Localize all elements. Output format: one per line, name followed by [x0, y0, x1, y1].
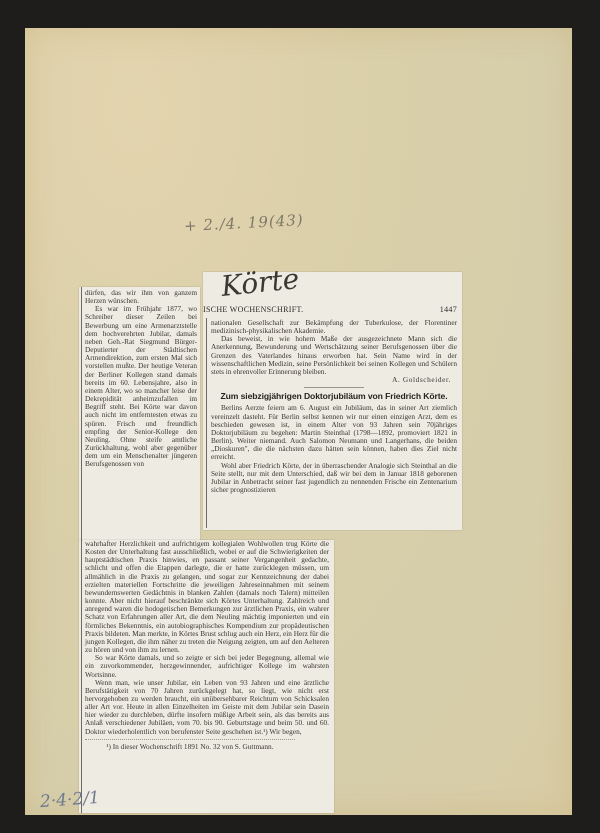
paragraph: nationalen Gesellschaft zur Bekämpfung d…	[211, 319, 457, 335]
column-rule	[206, 318, 207, 528]
column-rule	[81, 540, 82, 813]
column-rule	[81, 287, 82, 541]
article-body-wide: wahrhafter Herzlichkeit und aufrichtigem…	[85, 540, 329, 751]
page-number: 1447	[440, 305, 457, 314]
paragraph: So war Körte damals, und so zeigte er si…	[85, 654, 329, 678]
paragraph: Berlins Aerzte feiern am 6. August ein J…	[211, 404, 457, 461]
paragraph: Wohl aber Friedrich Körte, der in überra…	[211, 462, 457, 495]
clipping-article-head: Körte ISCHE WOCHENSCHRIFT. 1447 national…	[203, 272, 462, 530]
paragraph: Wenn man, wie unser Jubilar, ein Leben v…	[85, 679, 329, 736]
clipping-column-narrow: dürfen, das wir ihm von ganzem Herzen wü…	[79, 287, 200, 541]
paragraph: wahrhafter Herzlichkeit und aufrichtigem…	[85, 540, 329, 654]
archive-number: 2·4·2/1	[39, 788, 100, 812]
journal-title: ISCHE WOCHENSCHRIFT.	[203, 305, 303, 314]
separator	[304, 387, 364, 388]
author-signature: A. Goldscheider.	[211, 376, 457, 384]
paragraph: Es war im Frühjahr 1877, wo Schreiber di…	[85, 305, 197, 468]
paragraph: Das beweist, in wie hohem Maße der ausge…	[211, 335, 457, 376]
article-body-narrow: dürfen, das wir ihm von ganzem Herzen wü…	[85, 289, 197, 468]
article-body-right: nationalen Gesellschaft zur Bekämpfung d…	[211, 319, 457, 494]
article-heading: Zum siebzigjährigen Doktorjubiläum von F…	[211, 392, 457, 400]
footnote: ¹) In dieser Wochenschrift 1891 No. 32 v…	[85, 739, 295, 751]
running-head: ISCHE WOCHENSCHRIFT. 1447	[203, 305, 457, 315]
paragraph: dürfen, das wir ihm von ganzem Herzen wü…	[85, 289, 197, 305]
clipping-column-wide: wahrhafter Herzlichkeit und aufrichtigem…	[79, 540, 334, 813]
handwritten-name: Körte	[219, 262, 300, 303]
